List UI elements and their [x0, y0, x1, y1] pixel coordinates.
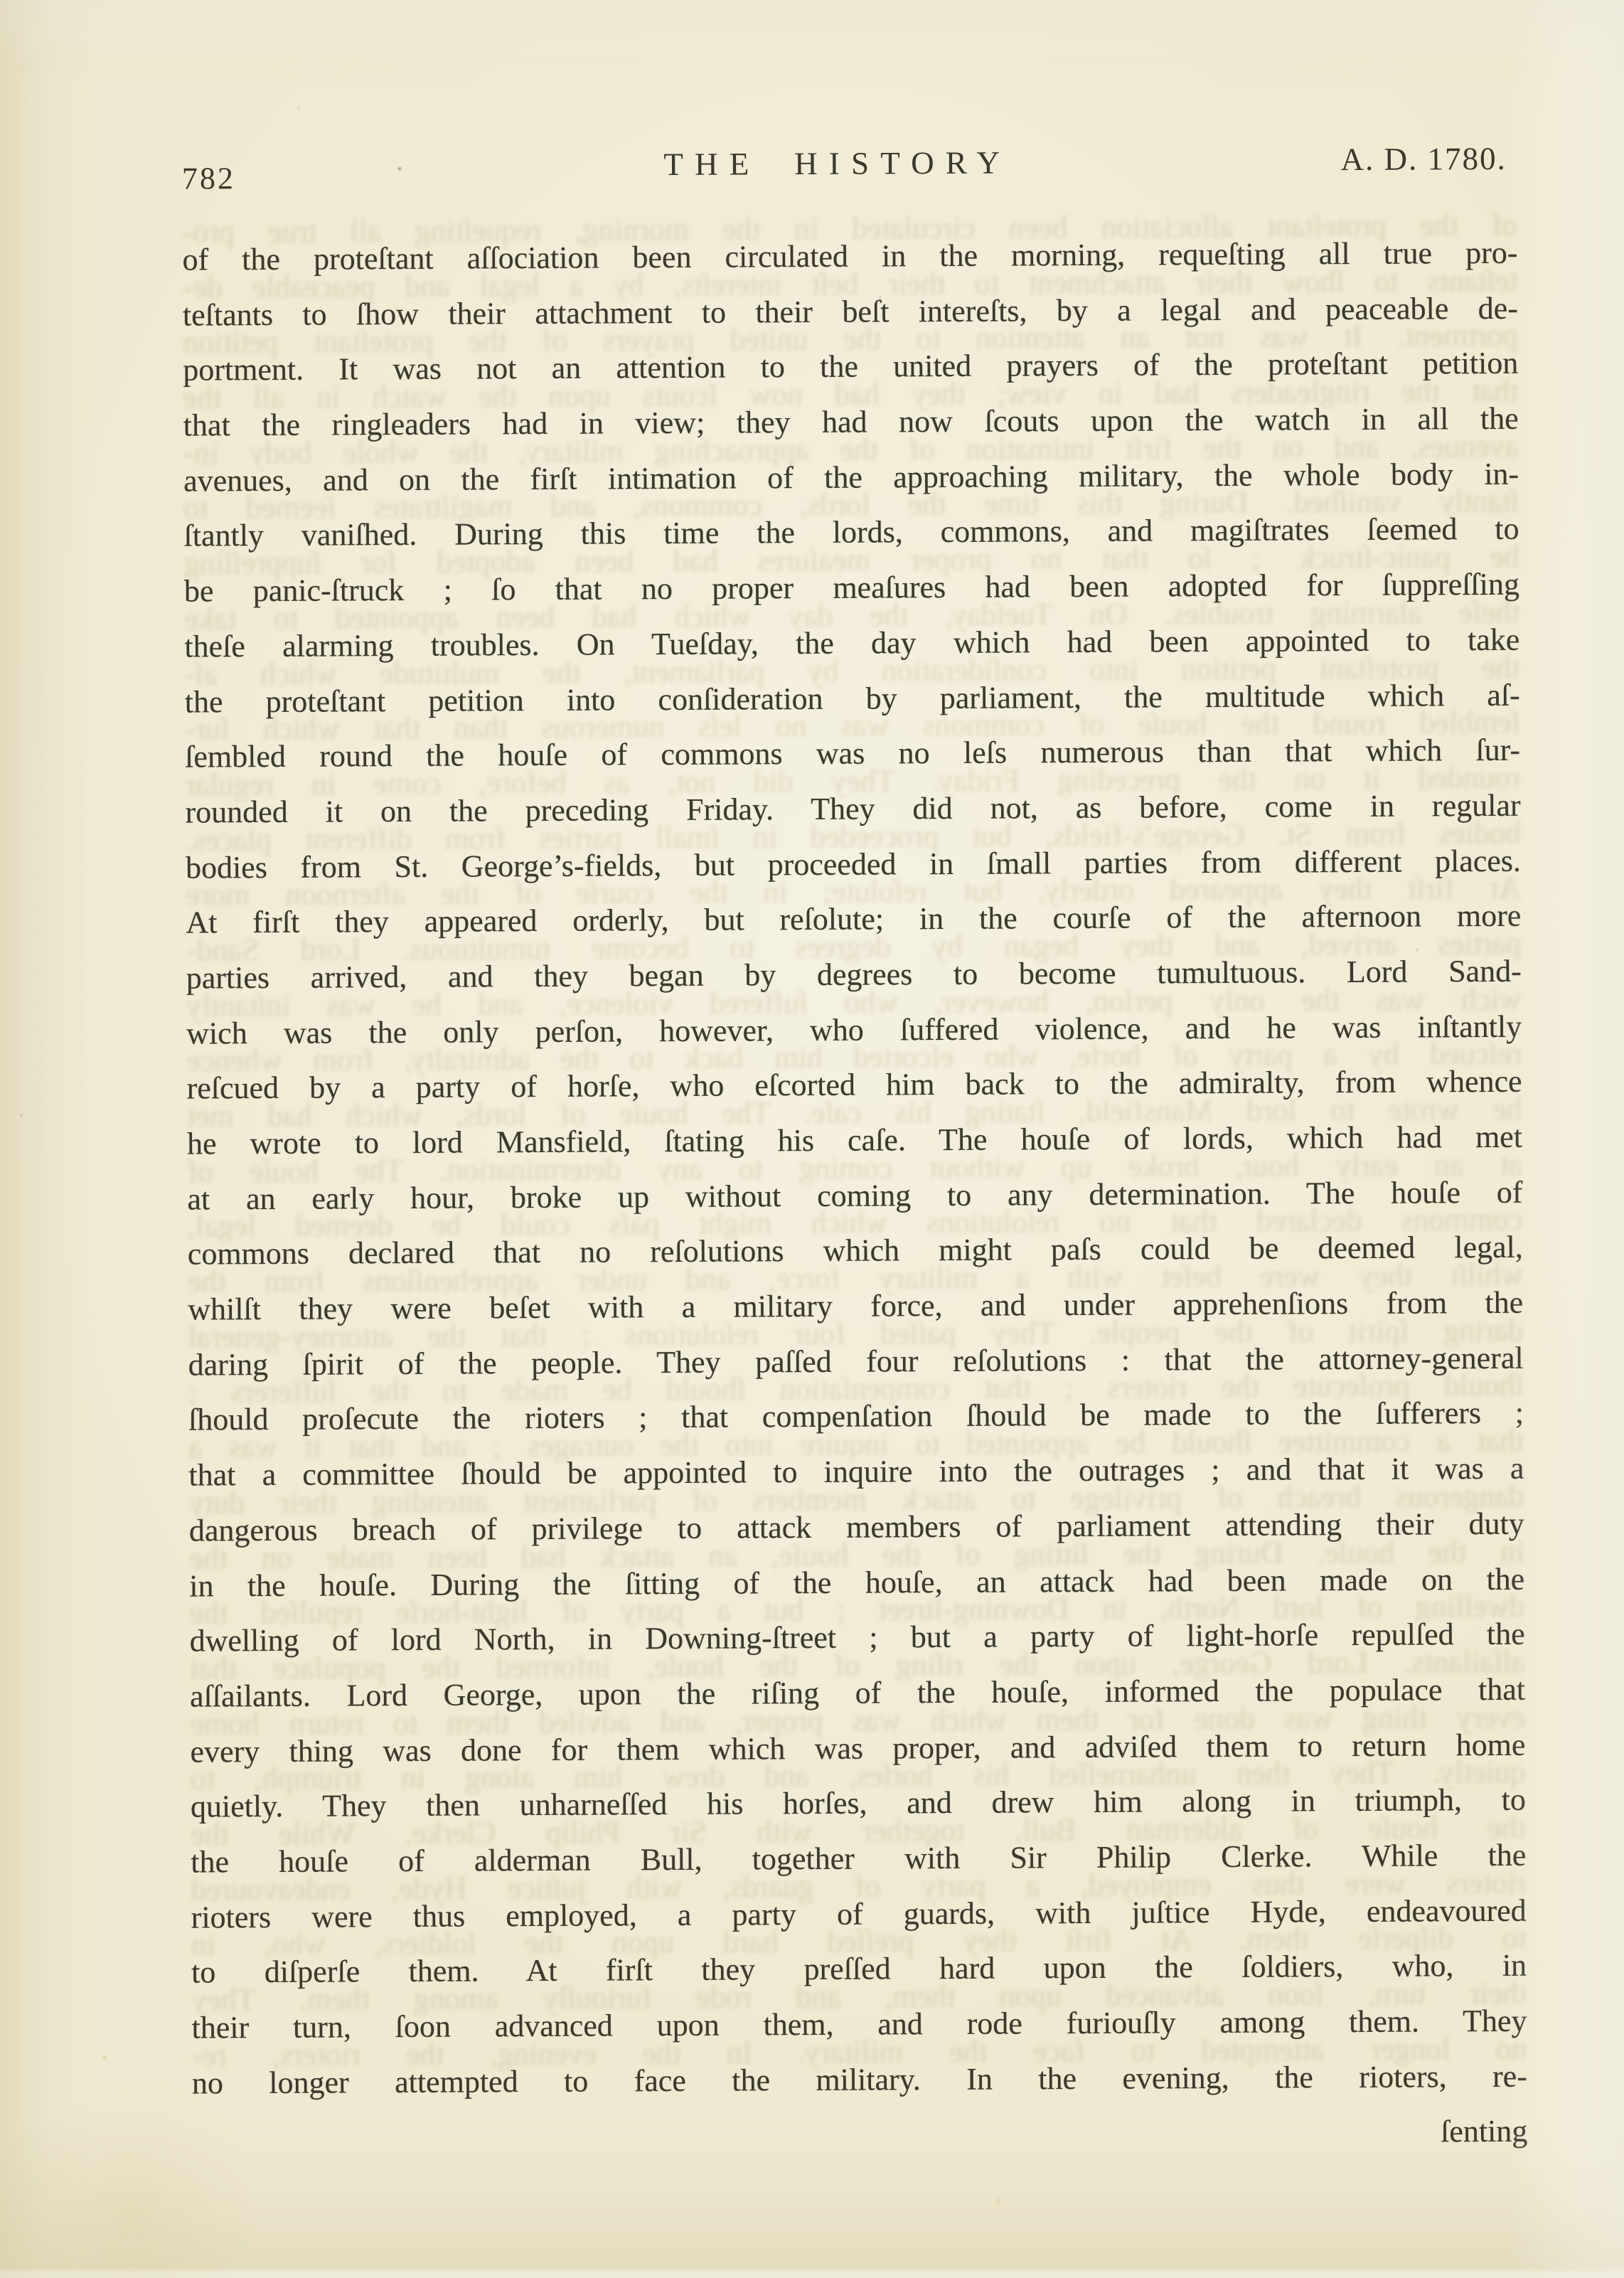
text-line: that a committee ſhould be appointed to … [188, 1441, 1524, 1503]
text-line: daring ſpirit of the people. They paſſed… [188, 1331, 1523, 1393]
text-line: that the ringleaders had in view; they h… [183, 391, 1519, 454]
text-line: quietly. They then unharneſſed his horſe… [191, 1772, 1526, 1835]
text-line: At firſt they appeared orderly, but reſo… [186, 888, 1521, 951]
text-line: dwelling of lord North, in Downing-ſtree… [189, 1607, 1524, 1669]
text-line: every thing was done for them which was … [190, 1717, 1525, 1779]
text-line: reſcued by a party of horſe, who eſcorte… [186, 1054, 1522, 1117]
text-line: parties arrived, and they began by degre… [186, 944, 1522, 1006]
running-title: THE HISTORY [607, 144, 1069, 183]
text-line: whilſt they were beſet with a military f… [188, 1275, 1523, 1338]
text-line: he wrote to lord Mansfield, ſtating his … [187, 1109, 1522, 1172]
page-content: of the proteſtant aſſociation been circu… [0, 0, 1624, 2278]
catchword: ſenting [192, 2104, 1527, 2166]
page-body: of the proteſtant aſſociation been circu… [182, 225, 1527, 2166]
text-line: to diſperſe them. At firſt they preſſed … [191, 1938, 1527, 2001]
text-line: at an early hour, broke up without comin… [187, 1164, 1522, 1227]
text-line: rioters were thus employed, a party of g… [191, 1883, 1527, 1945]
book-page-scan: of the proteſtant aſſociation been circu… [0, 0, 1624, 2278]
text-line: no longer attempted to face the military… [192, 2048, 1527, 2111]
text-line: dangerous breach of privilege to attack … [189, 1496, 1524, 1559]
page-number: 782 [182, 160, 235, 196]
text-line: portment. It was not an attention to the… [183, 336, 1518, 398]
body-lines: of the proteſtant aſſociation been circu… [182, 225, 1527, 2111]
text-line: bodies from St. George’s-fields, but pro… [186, 833, 1521, 895]
text-line: of the proteſtant aſſociation been circu… [182, 225, 1517, 288]
text-line: teſtants to ſhow their attachment to the… [183, 280, 1518, 343]
text-line: commons declared that no reſolutions whi… [188, 1220, 1523, 1282]
text-line: in the houſe. During the ſitting of the … [189, 1551, 1524, 1614]
text-line: ſtantly vaniſhed. During this time the l… [183, 501, 1519, 564]
text-line: wich was the only perſon, however, who ſ… [186, 999, 1522, 1061]
marginal-date: A. D. 1780. [1340, 140, 1507, 178]
text-line: rounded it on the preceding Friday. They… [185, 778, 1520, 841]
scanner-edge-strip [0, 2267, 1624, 2278]
text-line: theſe alarming troubles. On Tueſday, the… [184, 612, 1519, 675]
text-line: the houſe of alderman Bull, together wit… [191, 1828, 1526, 1890]
text-line: ſhould proſecute the rioters ; that comp… [188, 1385, 1524, 1448]
text-line: aſſailants. Lord George, upon the riſing… [190, 1662, 1525, 1725]
text-line: avenues, and on the firſt intimation of … [183, 447, 1519, 509]
text-line: be panic-ſtruck ; ſo that no proper meaſ… [184, 557, 1519, 619]
text-line: their turn, ſoon advanced upon them, and… [191, 1994, 1527, 2056]
text-line: ſembled round the houſe of commons was n… [185, 723, 1520, 785]
text-line: the proteſtant petition into conſiderati… [185, 667, 1520, 730]
